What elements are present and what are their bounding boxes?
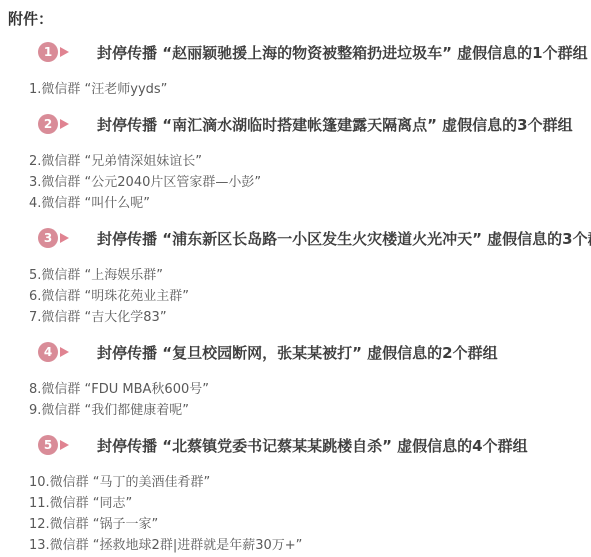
section-4-group-list: 8.微信群 “FDU MBA秋600号” 9.微信群 “我们都健康着呢” [29, 379, 581, 421]
attachment-document: 附件： 1 封停传播 “赵丽颖驰援上海的物资被整箱扔进垃圾车” 虚假信息的1个群… [0, 0, 591, 557]
section-4-header: 4 封停传播 “复旦校园断网，张某某被打” 虚假信息的2个群组 [38, 342, 581, 362]
group-item: 5.微信群 “上海娱乐群” [29, 265, 581, 286]
group-item: 11.微信群 “同志” [29, 493, 581, 514]
section-1-title: 封停传播 “赵丽颖驰援上海的物资被整箱扔进垃圾车” 虚假信息的1个群组 [97, 42, 588, 63]
section-3-header: 3 封停传播 “浦东新区长岛路一小区发生火灾楼道火光冲天” 虚假信息的3个群组 [38, 228, 581, 248]
section-2-group-list: 2.微信群 “兄弟情深姐妹谊长” 3.微信群 “公元2040片区管家群—小彭” … [29, 151, 581, 214]
section-3-title: 封停传播 “浦东新区长岛路一小区发生火灾楼道火光冲天” 虚假信息的3个群组 [97, 228, 591, 249]
section-2: 2 封停传播 “南汇滴水湖临时搭建帐篷建露天隔离点” 虚假信息的3个群组 2.微… [8, 114, 581, 214]
attachment-label: 附件： [8, 10, 581, 28]
group-item: 4.微信群 “叫什么呢” [29, 193, 581, 214]
group-item: 9.微信群 “我们都健康着呢” [29, 400, 581, 421]
section-1-group-list: 1.微信群 “汪老师yyds” [29, 79, 581, 100]
section-3-number-badge: 3 [38, 228, 58, 248]
section-5: 5 封停传播 “北蔡镇党委书记蔡某某跳楼自杀” 虚假信息的4个群组 10.微信群… [8, 435, 581, 556]
arrow-right-icon [60, 47, 69, 57]
arrow-right-icon [60, 119, 69, 129]
section-4-number-badge: 4 [38, 342, 58, 362]
section-3-group-list: 5.微信群 “上海娱乐群” 6.微信群 “明珠花苑业主群” 7.微信群 “吉大化… [29, 265, 581, 328]
section-2-title: 封停传播 “南汇滴水湖临时搭建帐篷建露天隔离点” 虚假信息的3个群组 [97, 114, 573, 135]
group-item: 2.微信群 “兄弟情深姐妹谊长” [29, 151, 581, 172]
section-1-number-badge: 1 [38, 42, 58, 62]
group-item: 6.微信群 “明珠花苑业主群” [29, 286, 581, 307]
group-item: 3.微信群 “公元2040片区管家群—小彭” [29, 172, 581, 193]
section-4-title: 封停传播 “复旦校园断网，张某某被打” 虚假信息的2个群组 [97, 342, 498, 363]
section-5-title: 封停传播 “北蔡镇党委书记蔡某某跳楼自杀” 虚假信息的4个群组 [97, 435, 528, 456]
group-item: 12.微信群 “锅子一家” [29, 514, 581, 535]
section-5-header: 5 封停传播 “北蔡镇党委书记蔡某某跳楼自杀” 虚假信息的4个群组 [38, 435, 581, 455]
group-item: 8.微信群 “FDU MBA秋600号” [29, 379, 581, 400]
section-1-header: 1 封停传播 “赵丽颖驰援上海的物资被整箱扔进垃圾车” 虚假信息的1个群组 [38, 42, 581, 62]
section-5-number-badge: 5 [38, 435, 58, 455]
group-item: 1.微信群 “汪老师yyds” [29, 79, 581, 100]
arrow-right-icon [60, 440, 69, 450]
section-5-group-list: 10.微信群 “马丁的美酒佳肴群” 11.微信群 “同志” 12.微信群 “锅子… [29, 472, 581, 556]
section-1: 1 封停传播 “赵丽颖驰援上海的物资被整箱扔进垃圾车” 虚假信息的1个群组 1.… [8, 42, 581, 100]
section-4: 4 封停传播 “复旦校园断网，张某某被打” 虚假信息的2个群组 8.微信群 “F… [8, 342, 581, 421]
arrow-right-icon [60, 233, 69, 243]
section-2-header: 2 封停传播 “南汇滴水湖临时搭建帐篷建露天隔离点” 虚假信息的3个群组 [38, 114, 581, 134]
arrow-right-icon [60, 347, 69, 357]
section-3: 3 封停传播 “浦东新区长岛路一小区发生火灾楼道火光冲天” 虚假信息的3个群组 … [8, 228, 581, 328]
group-item: 7.微信群 “吉大化学83” [29, 307, 581, 328]
group-item: 13.微信群 “拯救地球2群|进群就是年薪30万+” [29, 535, 581, 556]
section-2-number-badge: 2 [38, 114, 58, 134]
group-item: 10.微信群 “马丁的美酒佳肴群” [29, 472, 581, 493]
